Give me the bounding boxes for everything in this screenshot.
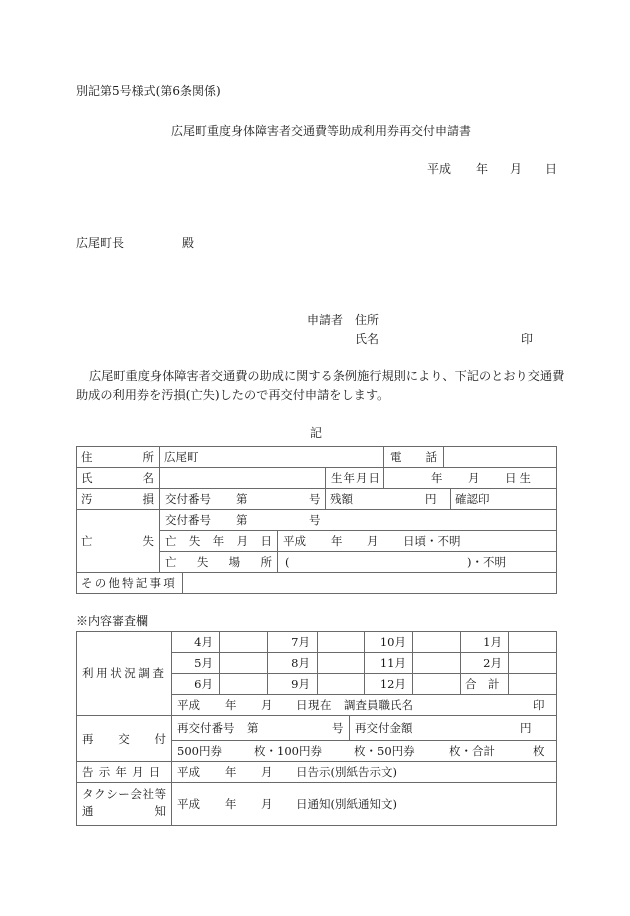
month-value-cell[interactable] xyxy=(319,654,363,672)
month-label: 1月 xyxy=(462,635,502,649)
applicant-seal: 印 xyxy=(521,332,533,346)
month-value-cell[interactable] xyxy=(414,675,459,693)
month-label: 7月 xyxy=(269,635,310,649)
applicant-label: 申請者 xyxy=(307,313,343,327)
address-label: 住所 xyxy=(81,450,154,464)
reissue-label: 再 交 付 xyxy=(82,732,166,746)
lost-place-label: 亡 失 場 所 xyxy=(165,555,272,569)
address-field[interactable]: 広尾町 xyxy=(164,450,199,464)
lost-date-label: 亡 失 年 月 日 xyxy=(165,534,272,548)
month-label: 10月 xyxy=(366,635,406,649)
balance-label: 残額 xyxy=(330,492,353,506)
applicant-address-label: 住所 xyxy=(355,313,379,327)
phone-field[interactable] xyxy=(446,448,554,466)
name-label: 氏名 xyxy=(81,471,154,485)
month-label: 12月 xyxy=(366,677,406,691)
month-value-cell[interactable] xyxy=(221,654,266,672)
month-value-cell[interactable] xyxy=(510,654,555,672)
month-label: 11月 xyxy=(366,656,406,670)
ki-heading: 記 xyxy=(310,426,322,440)
month-value-cell[interactable] xyxy=(510,633,555,651)
confirm-seal-label: 確認印 xyxy=(455,492,490,506)
month-label: 9月 xyxy=(269,677,310,691)
body-text-line2: 助成の利用券を汚損(亡失)したので再交付申請をします。 xyxy=(76,388,389,402)
month-label: 4月 xyxy=(173,635,213,649)
date-era: 平成 xyxy=(427,162,451,176)
date-month: 月 xyxy=(510,162,522,176)
review-heading: ※内容審査欄 xyxy=(76,614,148,628)
month-label: 8月 xyxy=(269,656,310,670)
date-day: 日 xyxy=(545,162,557,176)
month-label: 6月 xyxy=(173,677,213,691)
month-value-cell[interactable] xyxy=(319,633,363,651)
date-year: 年 xyxy=(476,162,488,176)
month-value-cell[interactable] xyxy=(414,654,459,672)
month-value-cell[interactable] xyxy=(221,633,266,651)
usage-survey-label: 利用状況調査 xyxy=(82,666,167,680)
addressee-honorific: 殿 xyxy=(182,236,194,250)
form-number: 別記第5号様式(第6条関係) xyxy=(76,84,221,98)
taxi-notice-label-line1: タクシー会社等 xyxy=(82,787,167,801)
notice-date-label: 告示年月日 xyxy=(82,765,166,779)
balance-yen[interactable]: 円 xyxy=(425,492,437,506)
birthdate-label: 生年月日 xyxy=(331,471,381,485)
addressee-name: 広尾町長 xyxy=(76,236,124,250)
phone-label: 電話 xyxy=(390,450,437,464)
month-value-cell[interactable] xyxy=(319,675,363,693)
body-text-line1: 広尾町重度身体障害者交通費の助成に関する条例施行規則により、下記のとおり交通費 xyxy=(89,369,564,383)
month-value-cell[interactable] xyxy=(414,633,459,651)
other-notes-field[interactable] xyxy=(185,574,555,592)
total-value-cell[interactable] xyxy=(510,675,555,693)
lost-label: 亡失 xyxy=(81,534,154,548)
other-notes-label: その他特記事項 xyxy=(81,576,177,590)
document-title: 広尾町重度身体障害者交通費等助成利用券再交付申請書 xyxy=(171,124,471,138)
month-value-cell[interactable] xyxy=(221,675,266,693)
total-label: 合 計 xyxy=(465,677,505,691)
applicant-name-label: 氏名 xyxy=(355,332,379,346)
name-field[interactable] xyxy=(162,469,322,487)
damaged-label: 汚損 xyxy=(81,492,154,506)
month-label: 5月 xyxy=(173,656,213,670)
month-label: 2月 xyxy=(462,656,502,670)
taxi-notice-label-line2: 通知 xyxy=(82,804,166,818)
